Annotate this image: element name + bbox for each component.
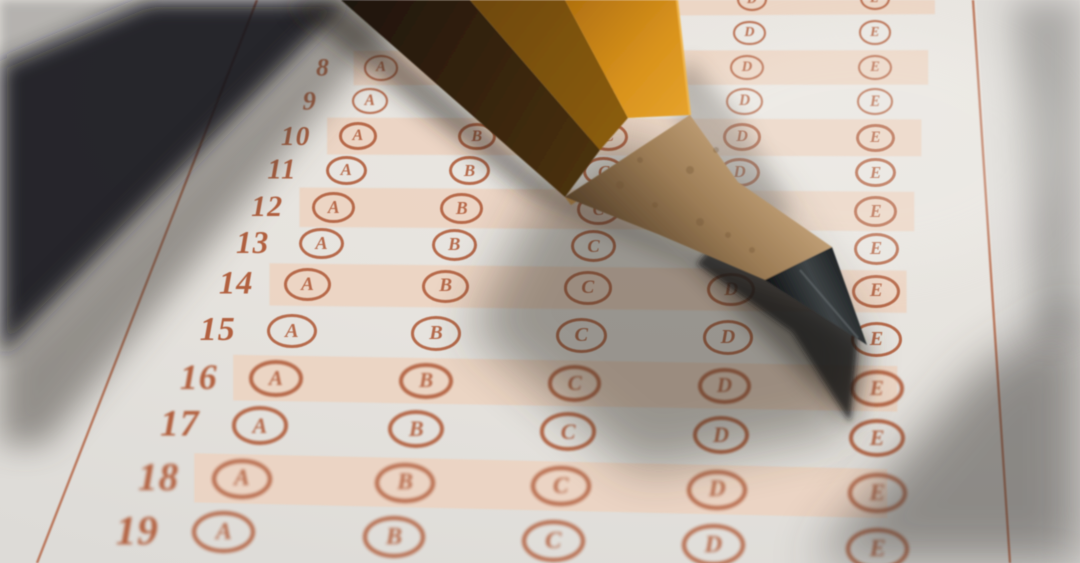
bubble-b-row-18: B [375,463,435,503]
bubble-a-row-15: A [267,314,317,349]
scantron-photo-scene: DEDE8ABCDE9ABCDE10ABCDE11ABCDE12ABCDE13A… [0,0,1080,563]
bubble-d-row-18: D [687,470,747,510]
bubble-d-row-11: D [719,158,760,187]
bubble-b-row-9: B [466,88,502,115]
bubble-b-row-8: B [474,55,508,80]
bubble-e-row-14: E [852,275,900,308]
bubble-b-row-16: B [399,363,452,400]
bubble-d-row-14: D [707,273,755,306]
bubble-c-row-17: C [540,412,596,450]
question-number-17: 17 [160,403,199,446]
bubble-b-row-13: B [432,229,477,261]
bubble-b-row-11: B [449,156,490,185]
bubble-d-row-19: D [682,524,745,563]
bubble-c-row-11: C [583,157,624,186]
bubble-a-row-13: A [299,228,344,260]
bubble-b-row-19: B [363,516,426,558]
bubble-d-row-7: D [733,21,765,45]
bubble-c-row-14: C [564,271,612,304]
bubble-a-row-17: A [232,406,288,444]
bubble-b-row-12: B [440,193,483,223]
bubble-b-row-17: B [388,410,444,448]
bubble-d-row-9: D [726,88,762,115]
bubble-a-row-8: A [364,55,398,80]
bubble-e-row-13: E [854,233,899,265]
bubble-e-row-16: E [850,370,903,407]
bubble-e-row-17: E [849,419,905,457]
question-number-10: 10 [281,120,311,152]
bubble-e-row-11: E [855,158,896,187]
bubble-a-row-12: A [312,192,355,222]
bubble-a-row-19: A [192,511,255,553]
bubble-c-row-15: C [556,318,606,353]
bubble-e-row-12: E [854,196,897,226]
bubble-a-row-16: A [249,360,302,397]
bubble-c-row-10: C [589,123,627,151]
bubble-c-row-18: C [531,466,591,506]
bubble-a-row-18: A [212,459,272,499]
bubble-b-row-15: B [411,316,461,351]
question-number-12: 12 [251,190,283,224]
question-number-18: 18 [138,455,179,500]
question-number-19: 19 [116,506,159,554]
question-number-8: 8 [316,54,330,83]
bubble-c-row-9: C [595,88,631,115]
bubble-d-row-13: D [712,232,757,264]
bubble-c-row-13: C [571,230,616,262]
question-number-9: 9 [303,86,317,117]
bubble-d-row-16: D [698,368,751,405]
bubble-e-row-18: E [848,473,908,513]
question-number-14: 14 [219,266,254,303]
bubble-c-row-16: C [548,365,601,402]
bubble-e-row-19: E [846,528,909,563]
question-number-13: 13 [236,225,269,261]
answer-sheet-grid: DEDE8ABCDE9ABCDE10ABCDE11ABCDE12ABCDE13A… [0,0,1080,563]
bubble-a-row-10: A [339,122,377,150]
question-number-11: 11 [267,154,296,187]
bubble-d-row-12: D [715,195,758,225]
bubble-d-row-6: D [737,0,767,11]
bubble-d-row-10: D [723,123,761,151]
bubble-c-row-8: C [601,55,635,80]
question-number-15: 15 [200,311,236,349]
bubble-c-row-12: C [577,194,620,224]
question-number-16: 16 [180,356,218,398]
bubble-d-row-17: D [693,416,749,454]
bubble-e-row-9: E [857,88,893,115]
bubble-b-row-14: B [422,270,470,303]
bubble-b-row-10: B [458,123,496,151]
bubble-d-row-15: D [703,320,753,355]
bubble-e-row-8: E [858,55,892,80]
bubble-e-row-6: E [860,0,890,10]
bubble-a-row-11: A [326,156,367,185]
bubble-a-row-14: A [284,268,332,301]
bubble-d-row-8: D [730,55,764,80]
bubble-e-row-7: E [859,20,891,44]
bubble-e-row-15: E [851,322,901,357]
bubble-c-row-19: C [522,520,585,562]
bubble-a-row-9: A [352,88,388,115]
bubble-e-row-10: E [856,124,894,152]
